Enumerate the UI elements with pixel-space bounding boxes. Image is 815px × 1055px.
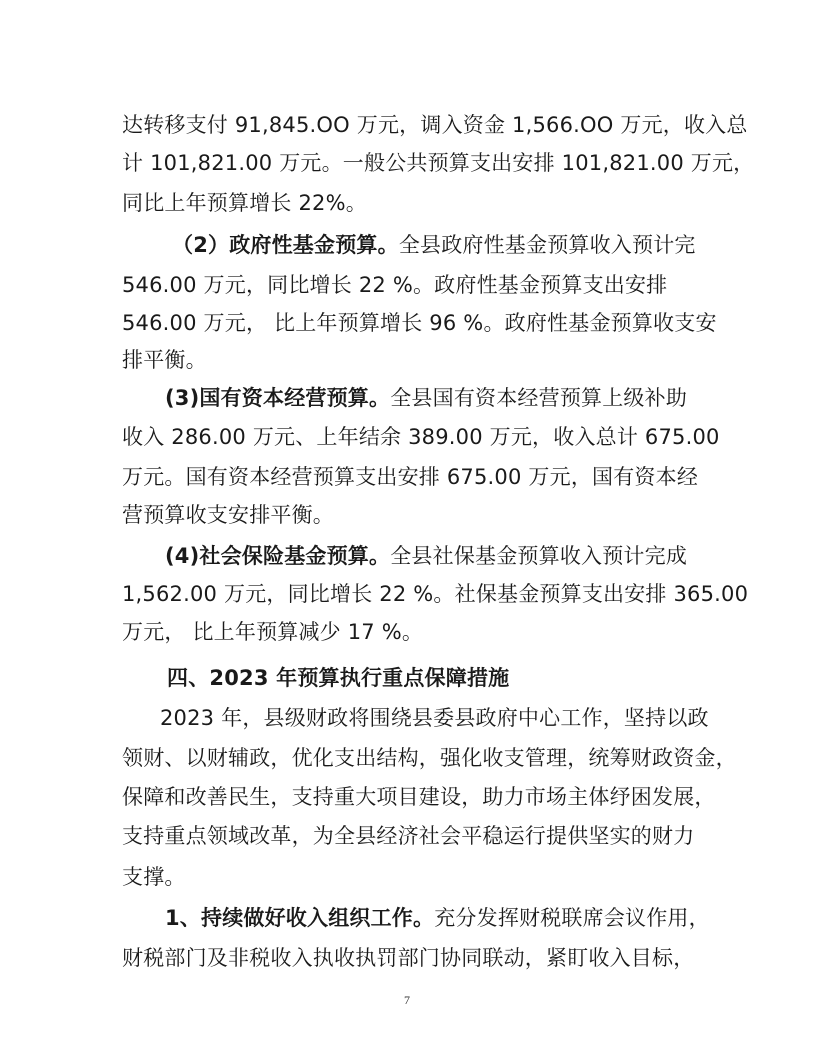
paragraph-text: 全县社保基金预算收入预计完成	[390, 544, 687, 568]
document-page: 达转移支付 91,845.OO 万元，调入资金 1,566.OO 万元，收入总 …	[0, 0, 815, 1055]
paragraph-first-line: 2023 年，县级财政将围绕县委县政府中心工作，坚持以政	[160, 703, 709, 733]
section-heading: (3)国有资本经营预算。	[165, 386, 390, 410]
paragraph-line: 达转移支付 91,845.OO 万元，调入资金 1,566.OO 万元，收入总	[122, 110, 748, 140]
paragraph-first-line: (4)社会保险基金预算。全县社保基金预算收入预计完成	[165, 541, 687, 571]
paragraph-line: 1,562.00 万元，同比增长 22 %。社保基金预算支出安排 365.00	[122, 579, 748, 609]
paragraph-text: 充分发挥财税联席会议作用，	[434, 906, 710, 930]
page-number: 7	[400, 992, 414, 1008]
paragraph-line: 营预算收支安排平衡。	[122, 500, 334, 530]
paragraph-line: 保障和改善民生，支持重大项目建设，助力市场主体纾困发展，	[122, 782, 716, 812]
paragraph-line: 万元。国有资本经营预算支出安排 675.00 万元，国有资本经	[122, 462, 698, 492]
section-heading: （2）政府性基金预算。	[172, 233, 399, 257]
paragraph-first-line: 1、持续做好收入组织工作。充分发挥财税联席会议作用，	[165, 903, 710, 933]
paragraph-first-line: （2）政府性基金预算。全县政府性基金预算收入预计完	[172, 230, 696, 260]
paragraph-line: 排平衡。	[122, 345, 207, 375]
section-heading: 1、持续做好收入组织工作。	[165, 906, 434, 930]
paragraph-line: 财税部门及非税收入执收执罚部门协同联动，紧盯收入目标，	[122, 943, 694, 973]
paragraph-line: 同比上年预算增长 22%。	[122, 188, 367, 218]
paragraph-first-line: (3)国有资本经营预算。全县国有资本经营预算上级补助	[165, 383, 687, 413]
section-title: 四、2023 年预算执行重点保障措施	[167, 663, 509, 693]
paragraph-text: 全县国有资本经营预算上级补助	[390, 386, 687, 410]
paragraph-line: 546.00 万元， 比上年预算增长 96 %。政府性基金预算收支安	[122, 308, 717, 338]
paragraph-line: 计 101,821.00 万元。一般公共预算支出安排 101,821.00 万元…	[122, 148, 754, 178]
paragraph-line: 546.00 万元，同比增长 22 %。政府性基金预算支出安排	[122, 270, 667, 300]
paragraph-text: 全县政府性基金预算收入预计完	[399, 233, 696, 257]
paragraph-line: 支撑。	[122, 862, 186, 892]
paragraph-line: 支持重点领域改革，为全县经济社会平稳运行提供坚实的财力	[122, 821, 694, 851]
paragraph-line: 万元， 比上年预算减少 17 %。	[122, 617, 423, 647]
section-heading: (4)社会保险基金预算。	[165, 544, 390, 568]
paragraph-line: 领财、以财辅政，优化支出结构，强化收支管理，统筹财政资金，	[122, 743, 737, 773]
paragraph-line: 收入 286.00 万元、上年结余 389.00 万元，收入总计 675.00	[122, 422, 720, 452]
